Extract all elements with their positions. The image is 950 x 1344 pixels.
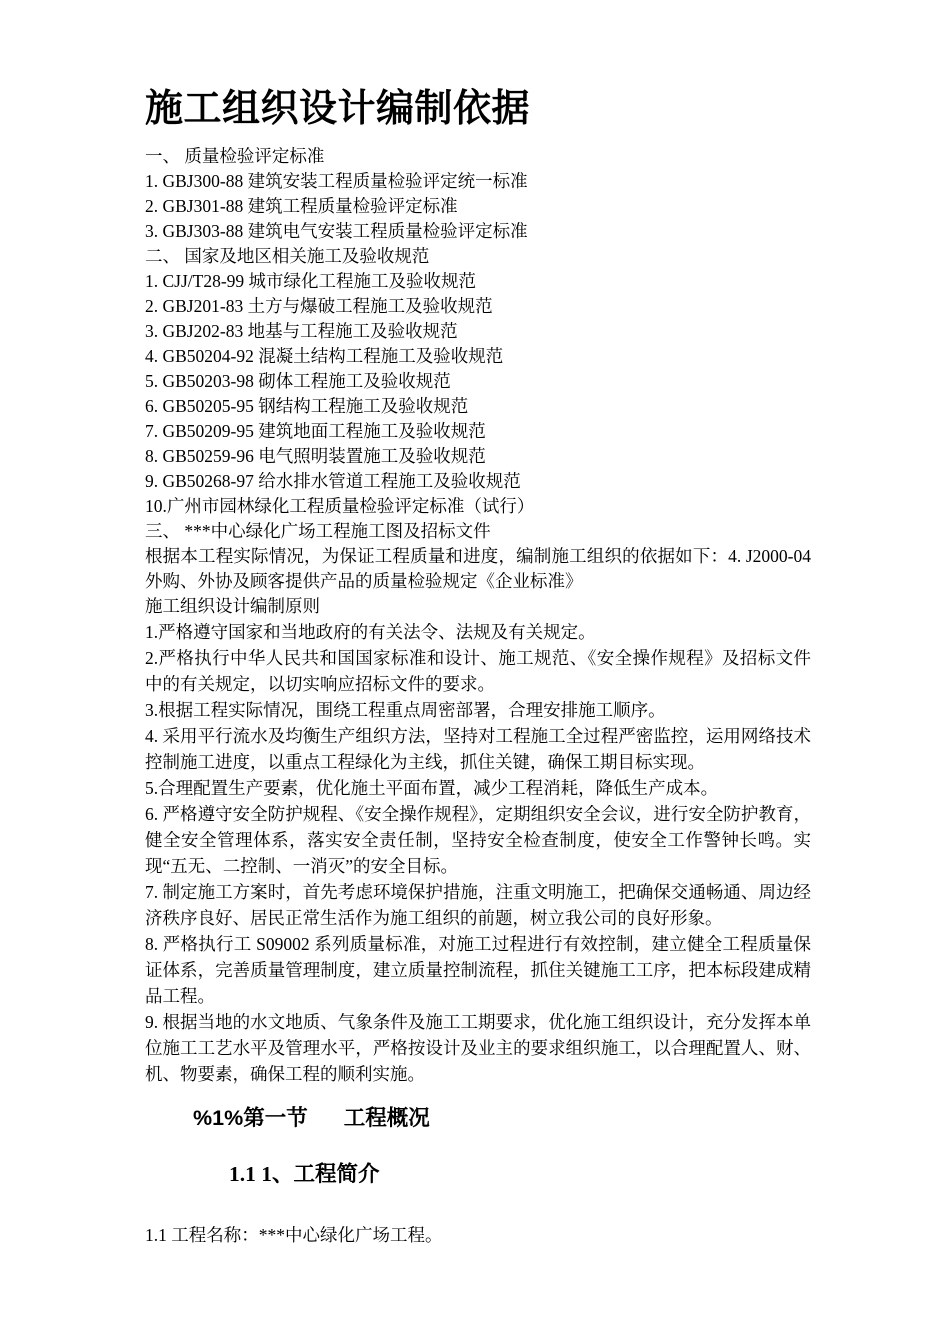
section-1-1-heading: 1.1 1、工程简介 bbox=[229, 1159, 811, 1189]
section-1-heading: %1%第一节工程概况 bbox=[193, 1103, 811, 1133]
code-item: 3. GBJ202-83 地基与工程施工及验收规范 bbox=[145, 319, 811, 344]
code-item: 10.广州市园林绿化工程质量检验评定标准（试行） bbox=[145, 494, 811, 519]
principle-item: 7. 制定施工方案时，首先考虑环境保护措施，注重文明施工，把确保交通畅通、周边经… bbox=[145, 879, 811, 931]
basis-group3-note: 根据本工程实际情况，为保证工程质量和进度，编制施工组织的依据如下：4. J200… bbox=[145, 544, 811, 594]
principle-item: 9. 根据当地的水文地质、气象条件及施工工期要求，优化施工组织设计，充分发挥本单… bbox=[145, 1009, 811, 1087]
code-item: 8. GB50259-96 电气照明装置施工及验收规范 bbox=[145, 444, 811, 469]
code-item: 6. GB50205-95 钢结构工程施工及验收规范 bbox=[145, 394, 811, 419]
code-item: 7. GB50209-95 建筑地面工程施工及验收规范 bbox=[145, 419, 811, 444]
standard-item: 2. GBJ301-88 建筑工程质量检验评定标准 bbox=[145, 194, 811, 219]
code-item: 9. GB50268-97 给水排水管道工程施工及验收规范 bbox=[145, 469, 811, 494]
code-item: 4. GB50204-92 混凝土结构工程施工及验收规范 bbox=[145, 344, 811, 369]
principle-item: 5.合理配置生产要素，优化施土平面布置，减少工程消耗，降低生产成本。 bbox=[145, 775, 811, 801]
principle-item: 1.严格遵守国家和当地政府的有关法令、法规及有关规定。 bbox=[145, 619, 811, 645]
basis-group1-heading: 一、 质量检验评定标准 bbox=[145, 144, 811, 169]
principle-item: 3.根据工程实际情况，围绕工程重点周密部署，合理安排施工顺序。 bbox=[145, 697, 811, 723]
principle-item: 6. 严格遵守安全防护规程、《安全操作规程》，定期组织安全会议，进行安全防护教育… bbox=[145, 801, 811, 879]
document-content: 施工组织设计编制依据 一、 质量检验评定标准 1. GBJ300-88 建筑安装… bbox=[145, 86, 811, 1248]
code-item: 5. GB50203-98 砌体工程施工及验收规范 bbox=[145, 369, 811, 394]
standard-item: 1. GBJ300-88 建筑安装工程质量检验评定统一标准 bbox=[145, 169, 811, 194]
document-page: 施工组织设计编制依据 一、 质量检验评定标准 1. GBJ300-88 建筑安装… bbox=[0, 0, 950, 1344]
section-1-title: 工程概况 bbox=[344, 1106, 430, 1130]
principle-item: 4. 采用平行流水及均衡生产组织方法，坚持对工程施工全过程严密监控，运用网络技术… bbox=[145, 723, 811, 775]
basis-group2-heading: 二、 国家及地区相关施工及验收规范 bbox=[145, 244, 811, 269]
basis-group3-heading: 三、 ***中心绿化广场工程施工图及招标文件 bbox=[145, 519, 811, 544]
document-title: 施工组织设计编制依据 bbox=[145, 86, 811, 132]
code-item: 1. CJJ/T28-99 城市绿化工程施工及验收规范 bbox=[145, 269, 811, 294]
principle-item: 8. 严格执行工 S09002 系列质量标准，对施工过程进行有效控制，建立健全工… bbox=[145, 931, 811, 1009]
standard-item: 3. GBJ303-88 建筑电气安装工程质量检验评定标准 bbox=[145, 219, 811, 244]
project-name-line: 1.1 工程名称：***中心绿化广场工程。 bbox=[145, 1223, 811, 1248]
section-1-number: %1%第一节 bbox=[193, 1106, 308, 1130]
principles-heading: 施工组织设计编制原则 bbox=[145, 594, 811, 619]
principle-item: 2.严格执行中华人民共和国国家标准和设计、施工规范、《安全操作规程》及招标文件中… bbox=[145, 645, 811, 697]
principles-section: 1.严格遵守国家和当地政府的有关法令、法规及有关规定。 2.严格执行中华人民共和… bbox=[145, 619, 811, 1087]
code-item: 2. GBJ201-83 土方与爆破工程施工及验收规范 bbox=[145, 294, 811, 319]
basis-section: 一、 质量检验评定标准 1. GBJ300-88 建筑安装工程质量检验评定统一标… bbox=[145, 144, 811, 619]
